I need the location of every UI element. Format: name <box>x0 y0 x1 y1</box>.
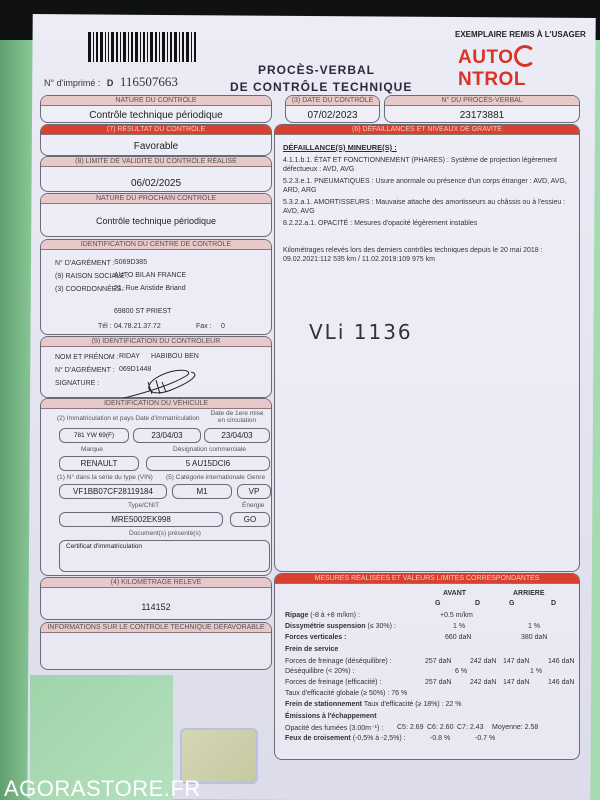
avant-d: D <box>475 600 480 607</box>
energie-field: GO <box>230 512 270 527</box>
dissymetrie-limit: (≤ 30%) : <box>367 623 395 630</box>
vehicule-box: IDENTIFICATION DU VÉHICULE (2) Immatricu… <box>40 398 272 576</box>
controleur-prenom: HABIBOU BEN <box>151 353 199 360</box>
centre-agrement-label: N° D'AGRÉMENT : <box>55 260 115 267</box>
opacite-moyenne: Moyenne: 2.58 <box>492 724 538 731</box>
feux-droit: -0.7 % <box>475 735 495 742</box>
efficacite-avg: 257 daN <box>425 679 451 686</box>
nature-header: NATURE DU CONTRÔLE <box>41 96 271 106</box>
watermark: AGORASTORE.FR <box>4 776 201 800</box>
print-number: N° d'imprimé : D 116507663 <box>44 74 178 90</box>
vin-field: VF1BB07CF28119184 <box>59 484 167 499</box>
premiere-label: Date de 1ere mise en circulation <box>208 410 266 424</box>
opacite-row: Opacité des fumées (3.00m⁻¹) : C5: 2.69 … <box>285 724 575 734</box>
controleur-nom-label: NOM ET PRÉNOM : <box>55 354 119 361</box>
defaillances-title: DÉFAILLANCE(S) MINEURE(S) : <box>283 143 579 152</box>
centre-raison-value: AUTO BILAN FRANCE <box>114 272 186 279</box>
nature-value: Contrôle technique périodique <box>41 110 271 121</box>
efficacite-forces-label: Forces de freinage (efficacité) : <box>285 679 381 686</box>
centre-agrement-value: S069D385 <box>114 259 147 266</box>
document-subtitle: DE CONTRÔLE TECHNIQUE <box>230 80 412 94</box>
desequilibre-label: Déséquilibre (< 20%) : <box>285 668 354 675</box>
type-label: Type/CNIT <box>128 502 159 509</box>
documents-label: Document(s) présenté(s) <box>129 530 201 537</box>
resultat-box: (7) RÉSULTAT DU CONTRÔLE Favorable <box>40 124 272 156</box>
controleur-header: (9) IDENTIFICATION DU CONTRÔLEUR <box>41 337 271 347</box>
pv-box: N° DU PROCÈS-VERBAL 23173881 <box>384 95 580 123</box>
print-number-label: N° d'imprimé : <box>44 78 100 88</box>
centre-header: IDENTIFICATION DU CENTRE DE CONTRÔLE <box>41 240 271 250</box>
categorie-label: (5) Catégorie internationale <box>166 474 245 481</box>
desequilibre-arriere: 1 % <box>530 668 542 675</box>
arriere-label: ARRIERE <box>513 590 545 597</box>
frein-service-row: Frein de service <box>285 646 575 656</box>
limite-header: (8) LIMITE DE VALIDITÉ DU CONTRÔLE RÉALI… <box>41 157 271 167</box>
defaillance-item: 5.2.3.e.1. PNEUMATIQUES : Usure anormale… <box>283 177 573 195</box>
print-number-letter: D <box>107 78 114 88</box>
premiere-label-1: Date de 1ere mise <box>208 410 266 417</box>
force-avg: 257 daN <box>425 658 451 665</box>
stationnement-row: Frein de stationnement Taux d'efficacité… <box>285 701 575 711</box>
dissymetrie-arriere: 1 % <box>528 623 540 630</box>
prochain-value: Contrôle technique périodique <box>41 216 271 226</box>
feux-gauche: -0.8 % <box>430 735 450 742</box>
dissymetrie-label: Dissymétrie suspension <box>285 623 366 630</box>
autocontrol-logo: AUTONTROL <box>458 45 600 91</box>
forces-verticales-label: Forces verticales : <box>285 634 346 641</box>
vehicule-header: IDENTIFICATION DU VÉHICULE <box>41 399 271 409</box>
document-title: PROCÈS-VERBAL <box>258 63 375 77</box>
energie-label: Énergie <box>242 502 264 509</box>
resultat-header: (7) RÉSULTAT DU CONTRÔLE <box>41 125 271 135</box>
efficacite-ard: 146 daN <box>548 679 574 686</box>
km-history: Kilométrages relevés lors des derniers c… <box>283 246 573 264</box>
mesures-header: MESURES RÉALISÉES ET VALEURS LIMITES COR… <box>275 574 579 584</box>
avant-label: AVANT <box>443 590 466 597</box>
pv-value: 23173881 <box>385 110 579 121</box>
ripage-limit: (-8 à +8 m/km) : <box>310 612 360 619</box>
defaillance-item: 5.3.2.a.1. AMORTISSEURS : Mauvaise attac… <box>283 198 573 216</box>
date-immat-field: 23/04/03 <box>133 428 201 443</box>
limite-box: (8) LIMITE DE VALIDITÉ DU CONTRÔLE RÉALI… <box>40 156 272 192</box>
ripage-row: Ripage (-8 à +8 m/km) : +0.5 m/km <box>285 612 575 622</box>
defavorable-box: INFORMATIONS SUR LE CONTRÔLE TECHNIQUE D… <box>40 622 272 670</box>
stationnement-value: Taux d'efficacité (≥ 18%) : 22 % <box>364 701 462 708</box>
efficacite-arg: 147 daN <box>503 679 529 686</box>
emissions-label: Émissions à l'échappement <box>285 713 377 720</box>
avant-g: G <box>435 600 440 607</box>
forces-verticales-avant: 660 daN <box>445 634 471 641</box>
genre-field: VP <box>237 484 271 499</box>
force-arg: 147 daN <box>503 658 529 665</box>
logo-text-right: NTROL <box>458 69 526 90</box>
documents-field: Certificat d'immatriculation <box>59 540 270 572</box>
premiere-label-2: en circulation <box>208 417 266 424</box>
dissymetrie-row: Dissymétrie suspension (≤ 30%) : 1 % 1 % <box>285 623 575 633</box>
desequilibre-row: Déséquilibre (< 20%) : 6 % 1 % <box>285 668 575 678</box>
opacite-c5: C5: 2.69 <box>397 724 423 731</box>
force-avd: 242 daN <box>470 658 496 665</box>
defaillance-item: 8.2.22.a.1. OPACITÉ : Mesures d'opacité … <box>283 219 573 228</box>
force-ard: 146 daN <box>548 658 574 665</box>
kilometrage-header: (4) KILOMÉTRAGE RELEVÉ <box>41 578 271 588</box>
designation-field: 5 AU15DCI6 <box>146 456 270 471</box>
handwritten-note: VLi 1136 <box>309 320 413 344</box>
centre-fax: 0 <box>221 323 225 330</box>
nature-box: NATURE DU CONTRÔLE Contrôle technique pé… <box>40 95 272 123</box>
logo-ring-icon <box>514 45 536 67</box>
date-value: 07/02/2023 <box>286 110 379 121</box>
ripage-value: +0.5 m/km <box>440 612 473 619</box>
immatriculation-field: 781 YW 69(F) <box>59 428 129 443</box>
stationnement-label: Frein de stationnement <box>285 701 362 708</box>
feux-row: Feux de croisement (-0,5% à -2,5%) : -0.… <box>285 735 575 745</box>
kilometrage-value: 114152 <box>41 602 271 612</box>
centre-tel-label: Tél : <box>98 323 112 330</box>
resultat-value: Favorable <box>41 141 271 152</box>
efficacite-forces-row: Forces de freinage (efficacité) : 257 da… <box>285 679 575 689</box>
copy-label: EXEMPLAIRE REMIS À L'USAGER <box>455 30 586 39</box>
taux-global: Taux d'efficacité globale (≥ 50%) : 76 % <box>285 690 407 697</box>
defaillance-item: 4.1.1.b.1. ÉTAT ET FONCTIONNEMENT (PHARE… <box>283 156 573 174</box>
controleur-signature-label: SIGNATURE : <box>55 380 99 387</box>
centre-tel: 04.78.21.37.72 <box>114 323 161 330</box>
marque-label: Marque <box>81 446 103 453</box>
categorie-field: M1 <box>172 484 232 499</box>
date-header: (3) DATE DU CONTRÔLE <box>286 96 379 106</box>
forces-verticales-arriere: 380 daN <box>521 634 547 641</box>
frein-service-label: Frein de service <box>285 646 338 653</box>
centre-fax-label: Fax : <box>196 323 212 330</box>
date-premiere-field: 23/04/03 <box>204 428 270 443</box>
marque-field: RENAULT <box>59 456 139 471</box>
type-field: MRE5002EK998 <box>59 512 223 527</box>
opacite-c6: C6: 2.60 <box>427 724 453 731</box>
defavorable-header: INFORMATIONS SUR LE CONTRÔLE TECHNIQUE D… <box>41 623 271 633</box>
centre-box: IDENTIFICATION DU CENTRE DE CONTRÔLE N° … <box>40 239 272 335</box>
feux-limit: (-0,5% à -2,5%) : <box>353 735 406 742</box>
opacite-c7: C7: 2.43 <box>457 724 483 731</box>
logo-text-left: AUTO <box>458 47 513 68</box>
taux-global-row: Taux d'efficacité globale (≥ 50%) : 76 % <box>285 690 575 700</box>
centre-adresse: 21, Rue Aristide Briand <box>114 285 186 292</box>
immat-label: (2) Immatriculation et pays Date d'immat… <box>57 415 200 422</box>
vin-label: (1) N° dans la série du type (VIN) <box>57 474 153 481</box>
date-box: (3) DATE DU CONTRÔLE 07/02/2023 <box>285 95 380 123</box>
dissymetrie-avant: 1 % <box>453 623 465 630</box>
limite-value: 06/02/2025 <box>41 178 271 189</box>
feux-label: Feux de croisement <box>285 735 351 742</box>
prochain-box: NATURE DU PROCHAIN CONTRÔLE Contrôle tec… <box>40 193 272 237</box>
desequilibre-avant: 6 % <box>455 668 467 675</box>
print-number-value: 116507663 <box>120 74 178 89</box>
emissions-row: Émissions à l'échappement <box>285 713 575 723</box>
defaillances-header: (6) DÉFAILLANCES ET NIVEAUX DE GRAVITÉ <box>275 125 579 135</box>
prochain-header: NATURE DU PROCHAIN CONTRÔLE <box>41 194 271 204</box>
desequilibre-forces-label: Forces de freinage (déséquilibre) : <box>285 658 392 665</box>
designation-label: Désignation commerciale <box>173 446 246 453</box>
controleur-nom: RIDAY <box>119 353 140 360</box>
defaillances-box: (6) DÉFAILLANCES ET NIVEAUX DE GRAVITÉ D… <box>274 124 580 572</box>
barcode <box>88 32 208 62</box>
ripage-label: Ripage <box>285 612 308 619</box>
desequilibre-forces-row: Forces de freinage (déséquilibre) : 257 … <box>285 658 575 668</box>
forces-verticales-row: Forces verticales : 660 daN 380 daN <box>285 634 575 644</box>
opacite-label: Opacité des fumées (3.00m⁻¹) : <box>285 725 383 732</box>
genre-label: Genre <box>247 474 265 481</box>
arriere-d: D <box>551 600 556 607</box>
arriere-g: G <box>509 600 514 607</box>
centre-ville: 69800 ST PRIEST <box>114 308 171 315</box>
efficacite-avd: 242 daN <box>470 679 496 686</box>
mesures-box: MESURES RÉALISÉES ET VALEURS LIMITES COR… <box>274 573 580 760</box>
kilometrage-box: (4) KILOMÉTRAGE RELEVÉ 114152 <box>40 577 272 620</box>
pv-header: N° DU PROCÈS-VERBAL <box>385 96 579 106</box>
